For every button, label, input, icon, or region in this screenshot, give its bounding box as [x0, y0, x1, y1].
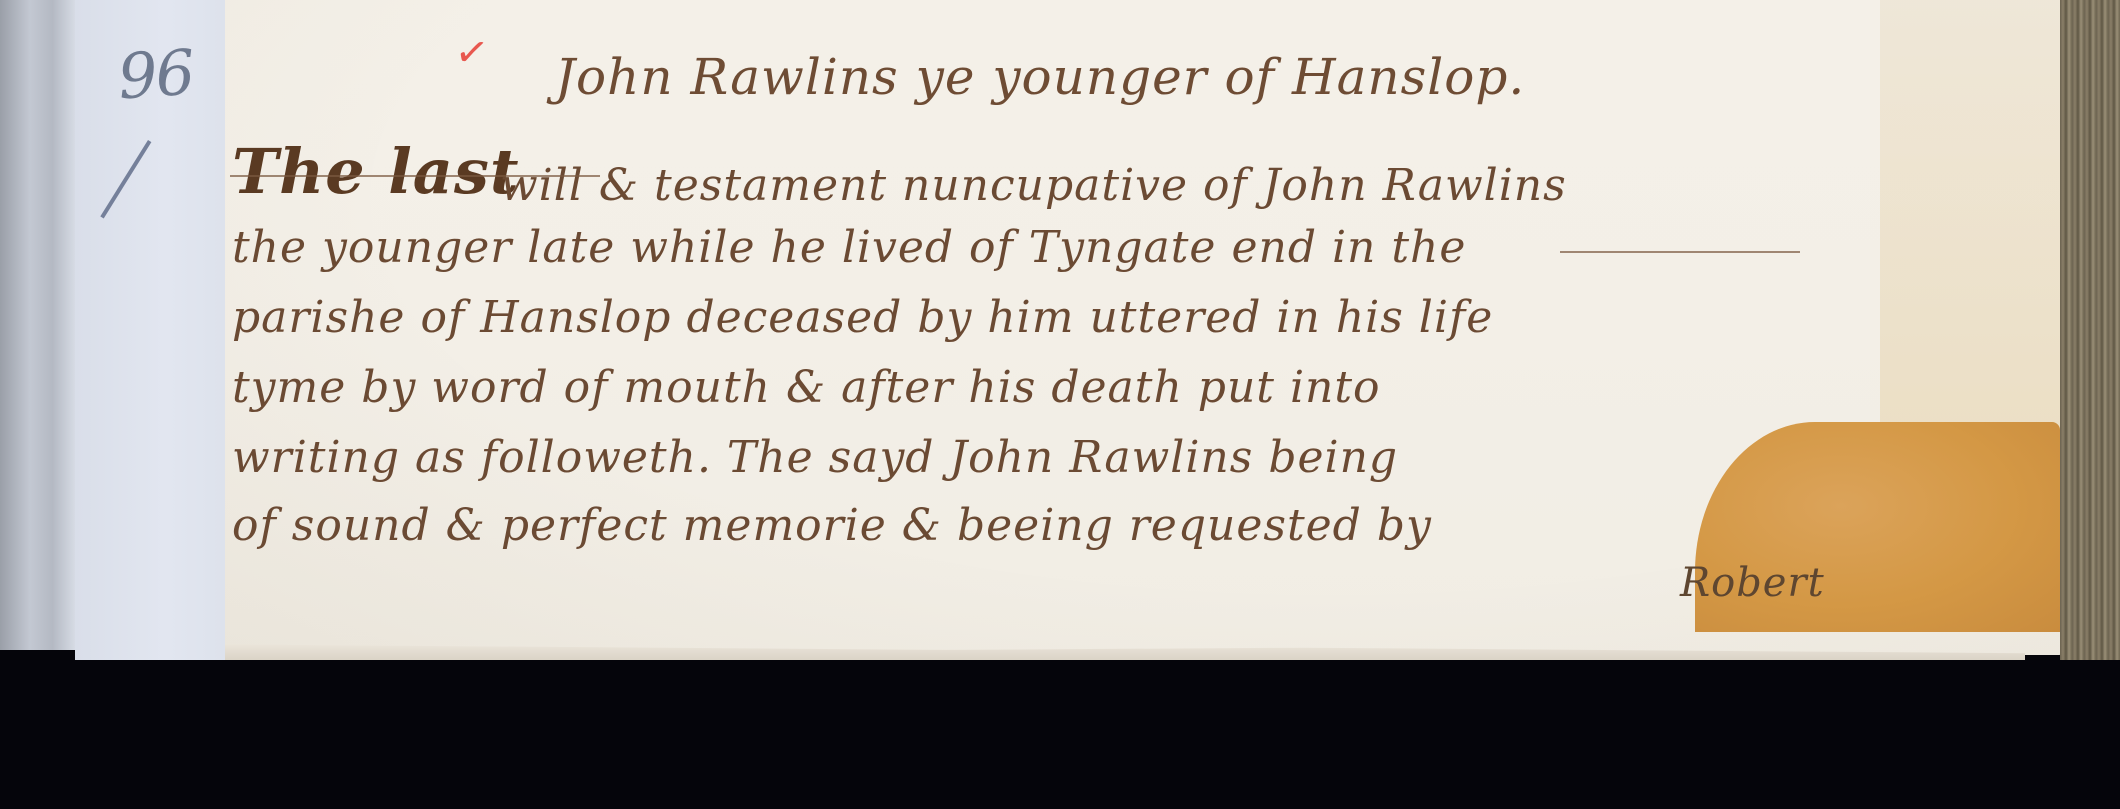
flourish-line [230, 175, 600, 177]
text-line-7-signature: Robert [1680, 560, 1825, 606]
text-line-2: the younger late while he lived of Tynga… [232, 222, 1466, 273]
opening-words: The last [232, 135, 520, 208]
red-check-mark-icon: ✓ [452, 28, 492, 78]
book-edge-right [2060, 0, 2120, 660]
background-black [0, 660, 2120, 809]
text-line-4: tyme by word of mouth & after his death … [232, 362, 1381, 413]
line-filler [1560, 251, 1800, 253]
text-line-1: will & testament nuncupative of John Raw… [500, 160, 1567, 211]
folio-number: 96 [116, 35, 196, 113]
paper-discoloration [1880, 0, 2060, 430]
book-binding-left [0, 0, 75, 650]
text-line-3: parishe of Hanslop deceased by him utter… [232, 292, 1493, 343]
text-line-5: writing as followeth. The sayd John Rawl… [232, 432, 1398, 483]
document-heading: John Rawlins ye younger of Hanslop. [555, 48, 1525, 106]
text-line-6: of sound & perfect memorie & beeing requ… [232, 500, 1432, 551]
